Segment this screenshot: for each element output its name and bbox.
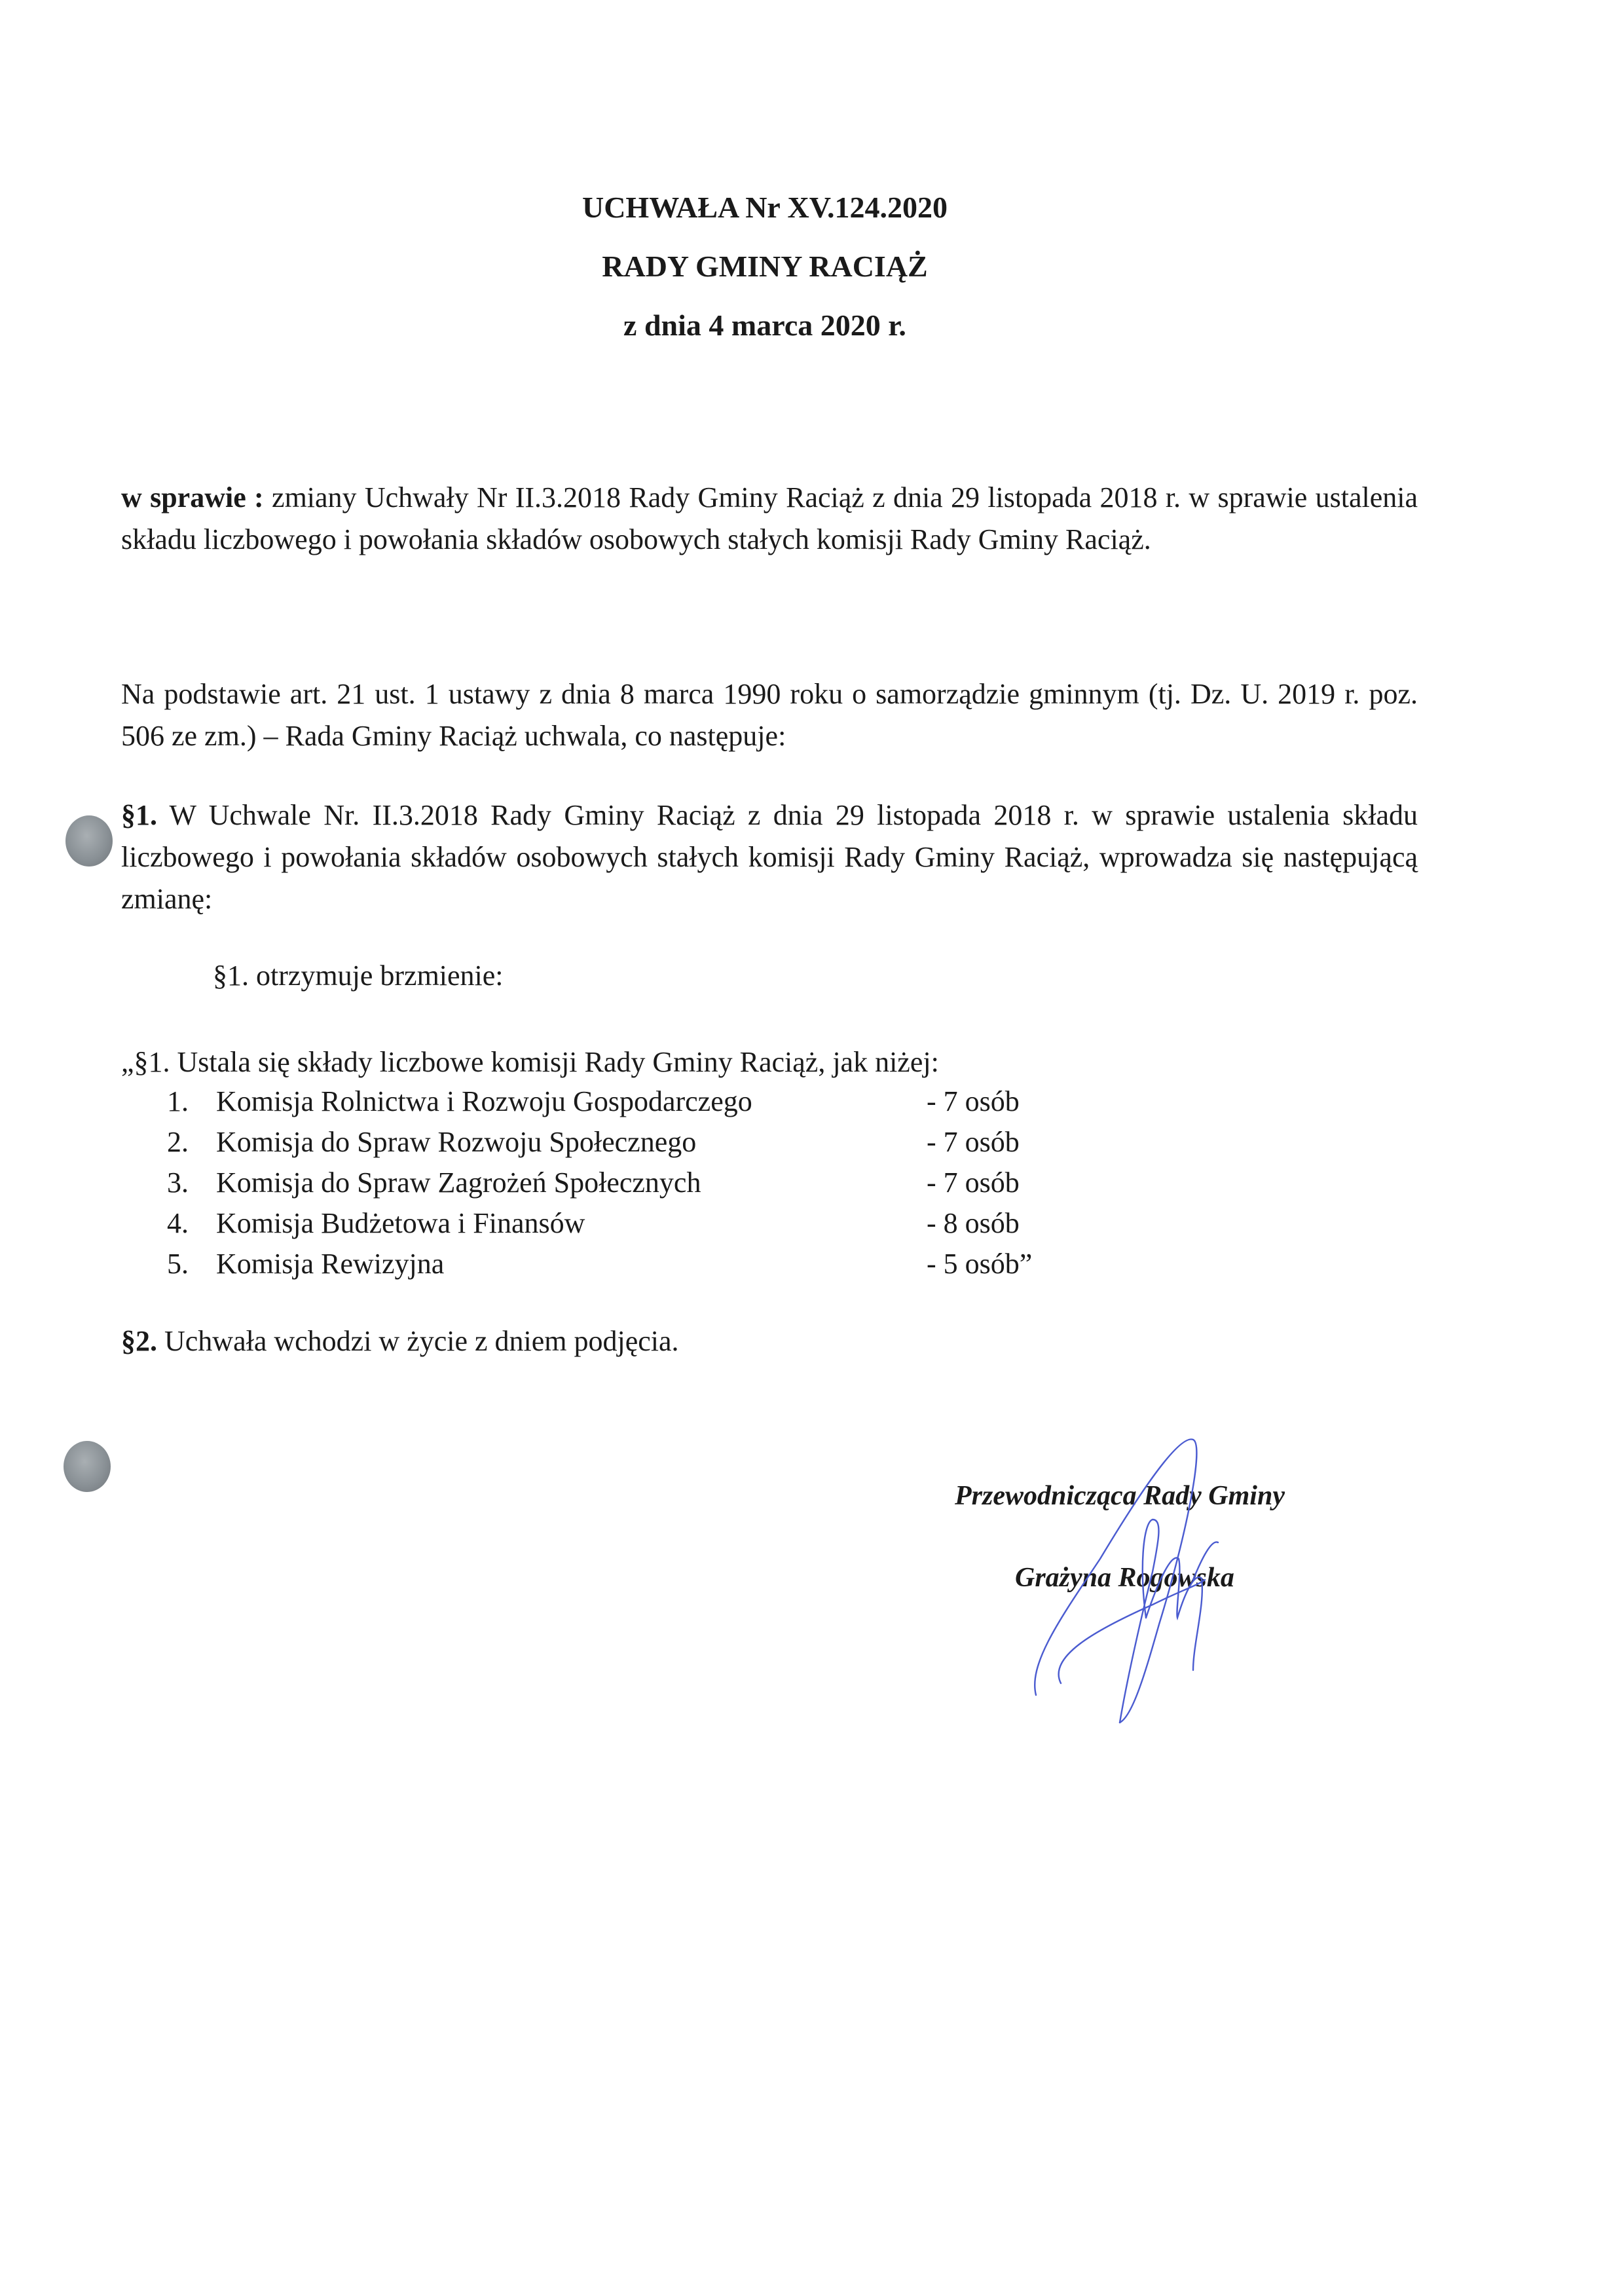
item-number: 2. xyxy=(167,1125,189,1159)
list-item: 5. Komisja Rewizyjna - 5 osób” xyxy=(154,1247,1071,1288)
list-item: 3. Komisja do Spraw Zagrożeń Społecznych… xyxy=(154,1166,1071,1206)
item-number: 3. xyxy=(167,1166,189,1199)
item-number: 1. xyxy=(167,1085,189,1118)
committee-size: - 7 osób xyxy=(927,1166,1020,1199)
subject-text: zmiany Uchwały Nr II.3.2018 Rady Gminy R… xyxy=(121,481,1418,555)
subject-label: w sprawie : xyxy=(121,481,264,513)
committee-list: 1. Komisja Rolnictwa i Rozwoju Gospodarc… xyxy=(154,1085,1071,1288)
section-1-paragraph: §1. W Uchwale Nr. II.3.2018 Rady Gminy R… xyxy=(121,794,1418,920)
section-1-label: §1. xyxy=(121,799,157,831)
amendment-intro: §1. otrzymuje brzmienie: xyxy=(213,959,504,992)
committee-name: Komisja Budżetowa i Finansów xyxy=(216,1206,585,1240)
section-2-paragraph: §2. Uchwała wchodzi w życie z dniem podj… xyxy=(121,1324,679,1358)
handwritten-signature-icon xyxy=(1022,1408,1297,1736)
committee-size: - 7 osób xyxy=(927,1085,1020,1118)
quoted-heading: „§1. Ustala się składy liczbowe komisji … xyxy=(121,1045,939,1079)
committee-name: Komisja do Spraw Rozwoju Społecznego xyxy=(216,1125,696,1159)
list-item: 2. Komisja do Spraw Rozwoju Społecznego … xyxy=(154,1125,1071,1166)
committee-size: - 7 osób xyxy=(927,1125,1020,1159)
legal-basis-paragraph: Na podstawie art. 21 ust. 1 ustawy z dni… xyxy=(121,673,1418,757)
committee-size: - 8 osób xyxy=(927,1206,1020,1240)
section-1-text: W Uchwale Nr. II.3.2018 Rady Gminy Racią… xyxy=(121,799,1418,915)
punch-hole-icon xyxy=(65,815,113,867)
committee-name: Komisja Rewizyjna xyxy=(216,1247,444,1280)
list-item: 4. Komisja Budżetowa i Finansów - 8 osób xyxy=(154,1206,1071,1247)
resolution-number: UCHWAŁA Nr XV.124.2020 xyxy=(0,190,1530,225)
council-name: RADY GMINY RACIĄŻ xyxy=(0,249,1530,284)
committee-size: - 5 osób” xyxy=(927,1247,1032,1280)
resolution-date: z dnia 4 marca 2020 r. xyxy=(0,308,1530,343)
section-2-text: Uchwała wchodzi w życie z dniem podjęcia… xyxy=(157,1325,679,1357)
subject-paragraph: w sprawie : zmiany Uchwały Nr II.3.2018 … xyxy=(121,477,1418,561)
committee-name: Komisja do Spraw Zagrożeń Społecznych xyxy=(216,1166,701,1199)
list-item: 1. Komisja Rolnictwa i Rozwoju Gospodarc… xyxy=(154,1085,1071,1125)
item-number: 4. xyxy=(167,1206,189,1240)
punch-hole-icon xyxy=(64,1441,111,1492)
section-2-label: §2. xyxy=(121,1325,157,1357)
item-number: 5. xyxy=(167,1247,189,1280)
committee-name: Komisja Rolnictwa i Rozwoju Gospodarczeg… xyxy=(216,1085,752,1118)
